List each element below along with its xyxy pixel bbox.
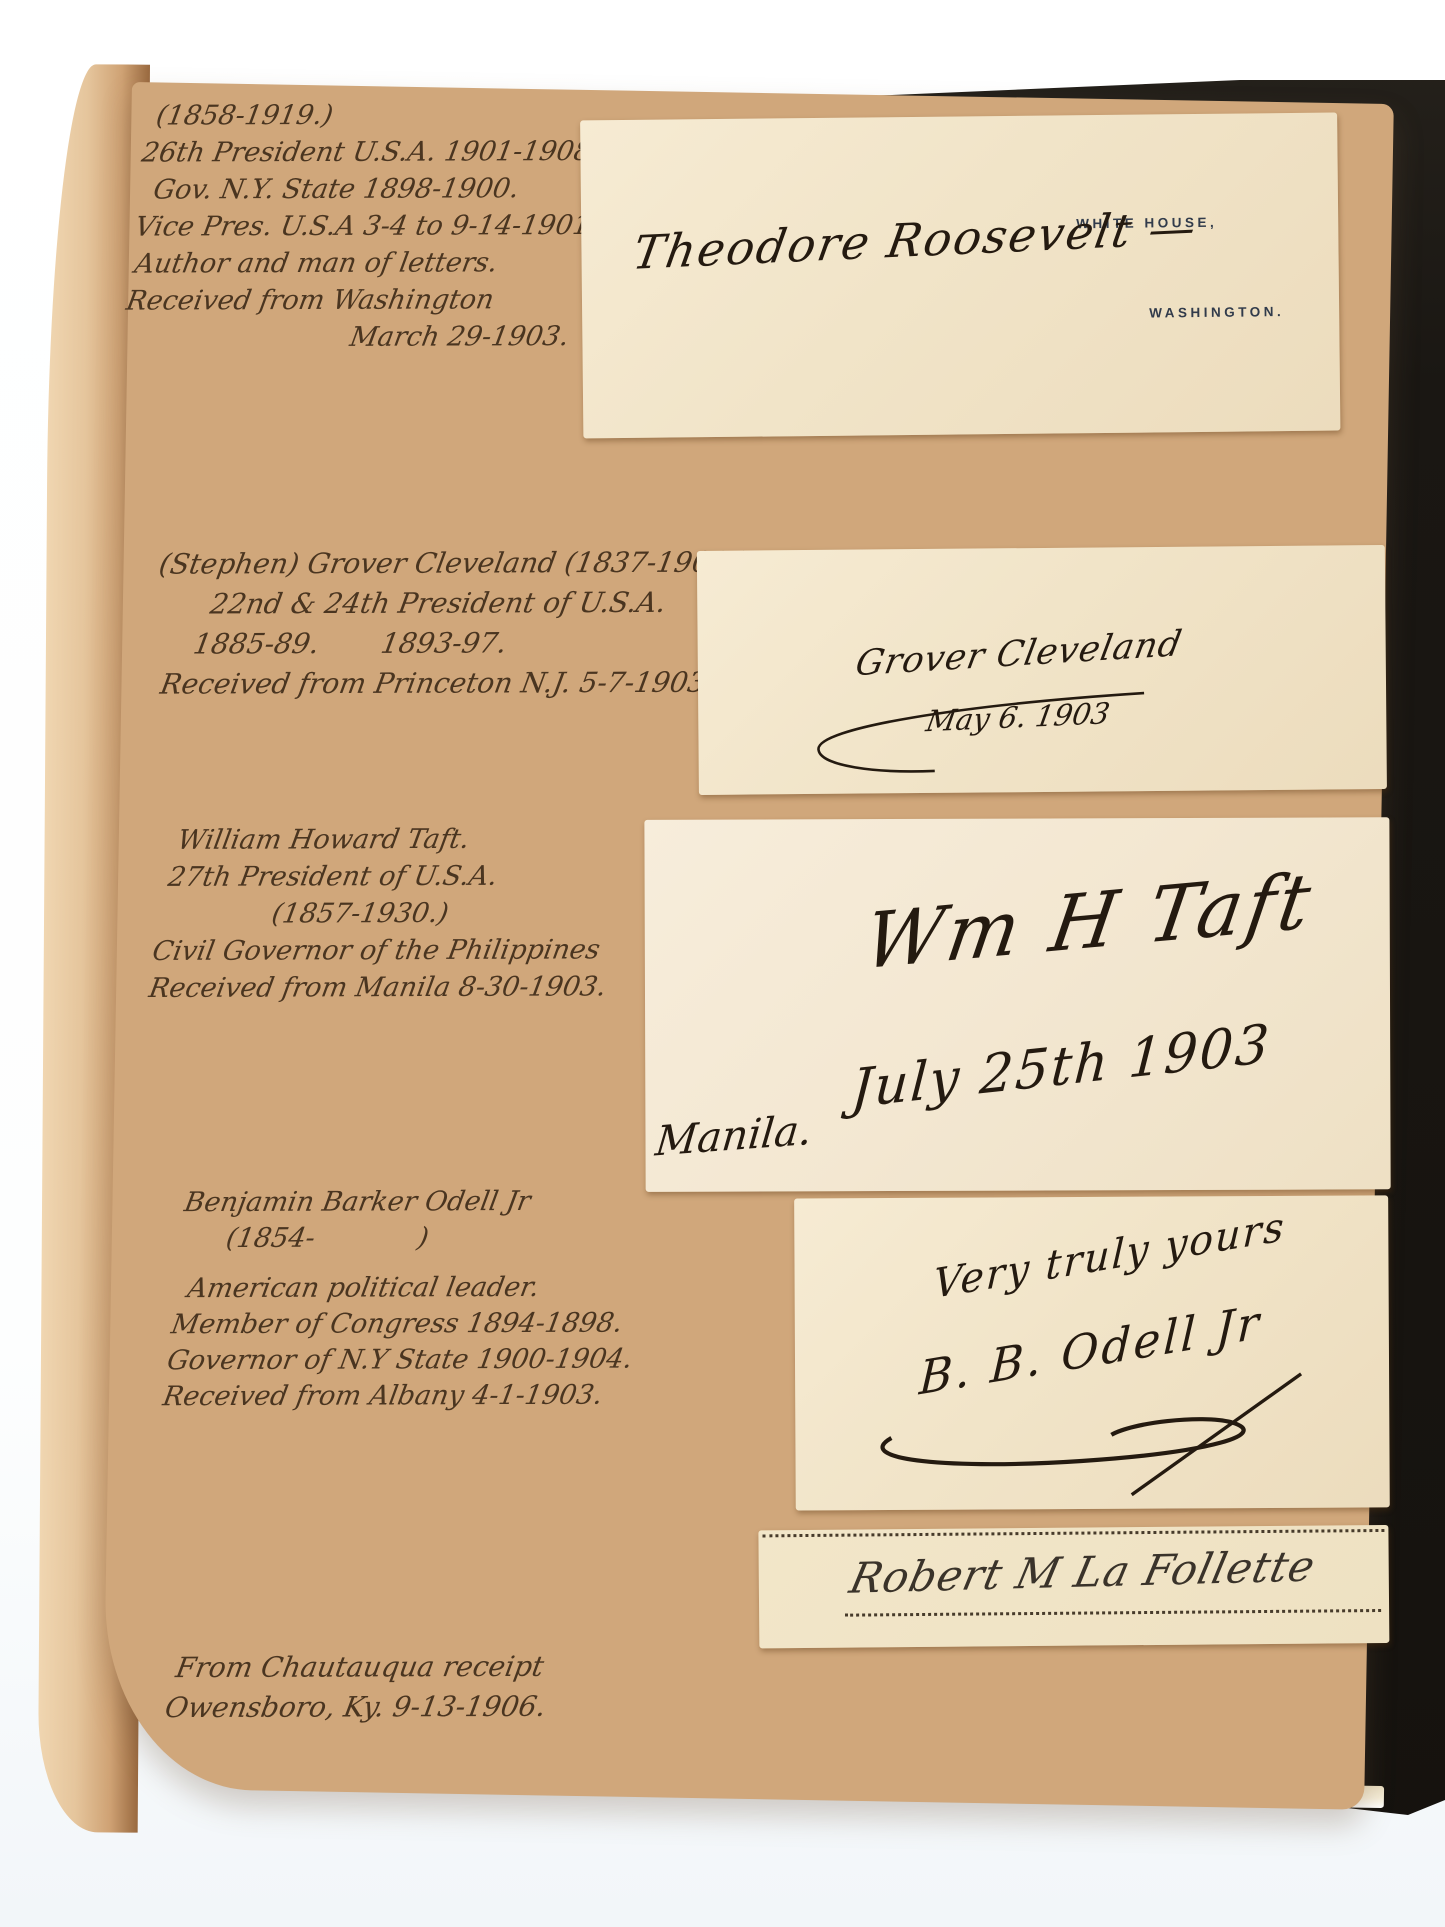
roosevelt-card: WHITE HOUSE, WASHINGTON. Theodore Roosev… <box>580 113 1340 439</box>
lafollette-signature: Robert M La Follette <box>845 1541 1320 1602</box>
album-page: (1858-1919.) 26th President U.S.A. 1901-… <box>102 82 1394 1810</box>
annotation-line: Member of Congress 1894-1898. <box>168 1306 641 1344</box>
annotation-line: Received from Albany 4-1-1903. <box>160 1378 629 1416</box>
letterhead-line: WASHINGTON. <box>1077 297 1284 329</box>
lafollette-card: Robert M La Follette <box>758 1525 1389 1648</box>
annotation-taft: William Howard Taft. 27th President of U… <box>143 820 635 1007</box>
annotation-line: March 29-1903. <box>347 318 583 356</box>
annotation-line: 22nd & 24th President of U.S.A. <box>207 583 744 625</box>
annotation-line: (1857-1930.) <box>269 894 622 932</box>
odell-card: Very truly yours B. B. Odell Jr <box>794 1195 1390 1510</box>
annotation-line: Benjamin Barker Odell Jr <box>182 1183 663 1221</box>
cleveland-flourish <box>784 685 1165 780</box>
taft-card: Wm H Taft July 25th 1903 Manila. <box>644 817 1390 1192</box>
cleveland-signature: Grover Cleveland <box>852 624 1185 684</box>
taft-date: July 25th 1903 <box>849 1013 1272 1120</box>
taft-signature: Wm H Taft <box>859 855 1321 986</box>
taft-place: Manila. <box>653 1106 814 1166</box>
annotation-line: William Howard Taft. <box>175 820 635 859</box>
album-page-photo: (1858-1919.) 26th President U.S.A. 1901-… <box>0 0 1445 1927</box>
annotation-line: Civil Governor of the Philippines <box>150 931 616 970</box>
annotation-line: (1858-1919.) <box>153 96 621 135</box>
annotation-odell: Benjamin Barker Odell Jr (1854- ) Americ… <box>148 1183 663 1415</box>
annotation-line: Governor of N.Y State 1900-1904. <box>164 1342 635 1380</box>
annotation-line: Gov. N.Y. State 1898-1900. <box>151 170 609 209</box>
annotation-line: Received from Washington <box>123 281 589 320</box>
odell-flourish <box>831 1372 1362 1505</box>
annotation-line: Owensboro, Ky. 9-13-1906. <box>162 1687 549 1728</box>
annotation-line: Received from Princeton N.J. 5-7-1903. <box>157 663 730 705</box>
annotation-line: 1885-89. 1893-97. <box>190 623 737 665</box>
annotation-line: (Stephen) Grover Cleveland (1837-1908.) <box>156 543 751 585</box>
annotation-roosevelt: (1858-1919.) 26th President U.S.A. 1901-… <box>115 96 621 357</box>
white-house-letterhead: WHITE HOUSE, WASHINGTON. <box>1075 147 1285 389</box>
dotted-rule <box>762 1529 1384 1537</box>
odell-closing: Very truly yours <box>933 1204 1287 1309</box>
annotation-line: 27th President of U.S.A. <box>165 857 628 896</box>
annotation-line: Author and man of letters. <box>132 244 596 283</box>
cleveland-card: Grover Cleveland May 6. 1903 <box>697 545 1387 795</box>
annotation-cleveland: (Stephen) Grover Cleveland (1837-1908.) … <box>135 543 751 705</box>
annotation-line: (1854- ) <box>223 1220 656 1258</box>
annotation-line: Received from Manila 8-30-1903. <box>146 968 609 1007</box>
dotted-rule <box>845 1609 1381 1617</box>
annotation-line: American political leader. <box>185 1270 648 1308</box>
annotation-line: Vice Pres. U.S.A 3-4 to 9-14-1901. <box>132 207 602 246</box>
annotation-line: From Chautauqua receipt <box>173 1647 556 1688</box>
annotation-line: 26th President U.S.A. 1901-1908. <box>139 133 615 172</box>
annotation-chautauqua: From Chautauqua receipt Owensboro, Ky. 9… <box>166 1647 556 1728</box>
